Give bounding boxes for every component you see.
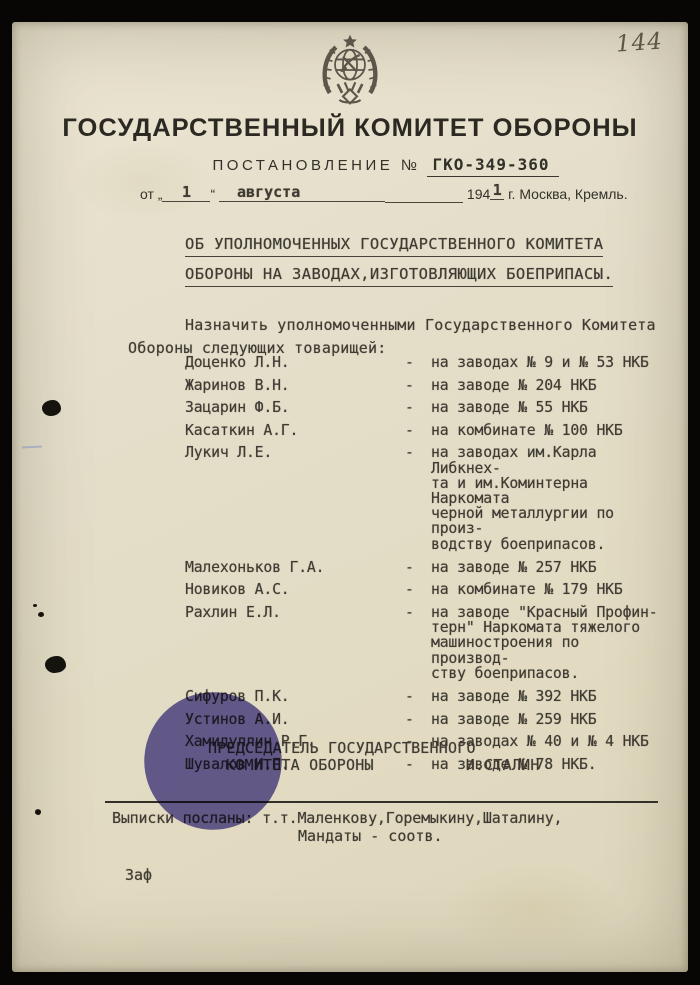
appointee-assignment: на заводе № 259 НКБ bbox=[431, 712, 665, 727]
decree-number: ГКО-349-360 bbox=[427, 155, 560, 177]
year-typed: 1 bbox=[490, 181, 504, 200]
appointee-name: Доценко Л.Н. bbox=[185, 355, 405, 370]
appointee-dash: - bbox=[405, 582, 431, 597]
year-printed: 194 bbox=[467, 186, 490, 202]
org-title: ГОСУДАРСТВЕННЫЙ КОМИТЕТ ОБОРОНЫ bbox=[5, 114, 695, 143]
appointee-row: Жаринов В.Н. - на заводе № 204 НКБ bbox=[185, 378, 665, 393]
date-month: августа bbox=[219, 183, 385, 202]
appointee-dash: - bbox=[405, 689, 431, 704]
close-quote: “ bbox=[210, 186, 215, 202]
subject-line-1: ОБ УПОЛНОМОЧЕННЫХ ГОСУДАРСТВЕННОГО КОМИТ… bbox=[185, 236, 603, 257]
appointee-assignment: на заводе "Красный Профин- терн" Наркома… bbox=[431, 605, 665, 681]
date-ot: от bbox=[140, 186, 154, 202]
appointee-name: Жаринов В.Н. bbox=[185, 378, 405, 393]
blank-underline bbox=[385, 186, 463, 203]
appointee-name: Касаткин А.Г. bbox=[185, 423, 405, 438]
appointee-name: Малехоньков Г.А. bbox=[185, 560, 405, 575]
appointee-dash: - bbox=[405, 560, 431, 575]
appointee-dash: - bbox=[405, 445, 431, 460]
document-paper: 144 ГОСУДАРСТВЕННЫЙ КОМИТЕТ ОБОРОНЫ bbox=[12, 22, 688, 972]
appointee-dash: - bbox=[405, 423, 431, 438]
appointee-name: Рахлин Е.Л. bbox=[185, 605, 405, 620]
appointee-name: Новиков А.С. bbox=[185, 582, 405, 597]
place: г. Москва, Кремль. bbox=[508, 186, 627, 202]
appointee-row: Новиков А.С. - на комбинате № 179 НКБ bbox=[185, 582, 665, 597]
appointee-row: Малехоньков Г.А. - на заводе № 257 НКБ bbox=[185, 560, 665, 575]
ink-speck bbox=[38, 612, 44, 617]
date-day: 1 bbox=[162, 183, 210, 202]
appointee-name: Лукич Л.Е. bbox=[185, 445, 405, 460]
appointee-row: Касаткин А.Г. - на комбинате № 100 НКБ bbox=[185, 423, 665, 438]
subject-line-2: ОБОРОНЫ НА ЗАВОДАХ,ИЗГОТОВЛЯЮЩИХ БОЕПРИП… bbox=[185, 266, 613, 287]
appointee-assignment: на заводе № 257 НКБ bbox=[431, 560, 665, 575]
appointee-dash: - bbox=[405, 712, 431, 727]
appointee-row: Доценко Л.Н. - на заводах № 9 и № 53 НКБ bbox=[185, 355, 665, 370]
appointee-dash: - bbox=[405, 400, 431, 415]
appointee-assignment: на заводе № 55 НКБ bbox=[431, 400, 665, 415]
clerk-mark: Заф bbox=[125, 866, 152, 884]
intro-paragraph: Назначить уполномоченными Государственно… bbox=[128, 314, 656, 359]
appointee-dash: - bbox=[405, 605, 431, 620]
handwritten-page-number: 144 bbox=[615, 28, 664, 57]
ussr-coat-of-arms-icon bbox=[306, 26, 394, 114]
appointee-dash: - bbox=[405, 355, 431, 370]
paper-stain bbox=[72, 142, 212, 222]
ink-speck bbox=[33, 604, 37, 607]
ink-blot bbox=[45, 656, 66, 673]
paper-stain bbox=[442, 862, 622, 952]
decree-label: ПОСТАНОВЛЕНИЕ № bbox=[213, 157, 421, 174]
signature-name: И.СТАЛИН bbox=[466, 757, 540, 774]
ink-blot bbox=[42, 400, 61, 416]
appointee-assignment: на комбинате № 179 НКБ bbox=[431, 582, 665, 597]
appointee-assignment: на заводах им.Карла Либкнех- та и им.Ком… bbox=[431, 445, 665, 551]
appointee-name: Зацарин Ф.Б. bbox=[185, 400, 405, 415]
intro-line-1: Назначить уполномоченными Государственно… bbox=[128, 314, 656, 337]
appointee-row: Лукич Л.Е. - на заводах им.Карла Либкнех… bbox=[185, 445, 665, 551]
appointee-row: Зацарин Ф.Б. - на заводе № 55 НКБ bbox=[185, 400, 665, 415]
appointee-assignment: на заводе № 392 НКБ bbox=[431, 689, 665, 704]
date-line: от „1“ августа 1941 г. Москва, Кремль. bbox=[140, 185, 628, 204]
pencil-mark bbox=[22, 445, 42, 448]
ink-speck bbox=[34, 808, 42, 816]
subject-title: ОБ УПОЛНОМОЧЕННЫХ ГОСУДАРСТВЕННОГО КОМИТ… bbox=[185, 236, 613, 296]
appointee-assignment: на заводе № 204 НКБ bbox=[431, 378, 665, 393]
appointee-dash: - bbox=[405, 378, 431, 393]
scanned-document-photo: 144 ГОСУДАРСТВЕННЫЙ КОМИТЕТ ОБОРОНЫ bbox=[0, 0, 700, 985]
mandates-line: Мандаты - соотв. bbox=[298, 827, 443, 845]
appointee-assignment: на заводах № 9 и № 53 НКБ bbox=[431, 355, 665, 370]
appointee-assignment: на комбинате № 100 НКБ bbox=[431, 423, 665, 438]
decree-number-line: ПОСТАНОВЛЕНИЕ №ГКО-349-360 bbox=[48, 155, 700, 175]
